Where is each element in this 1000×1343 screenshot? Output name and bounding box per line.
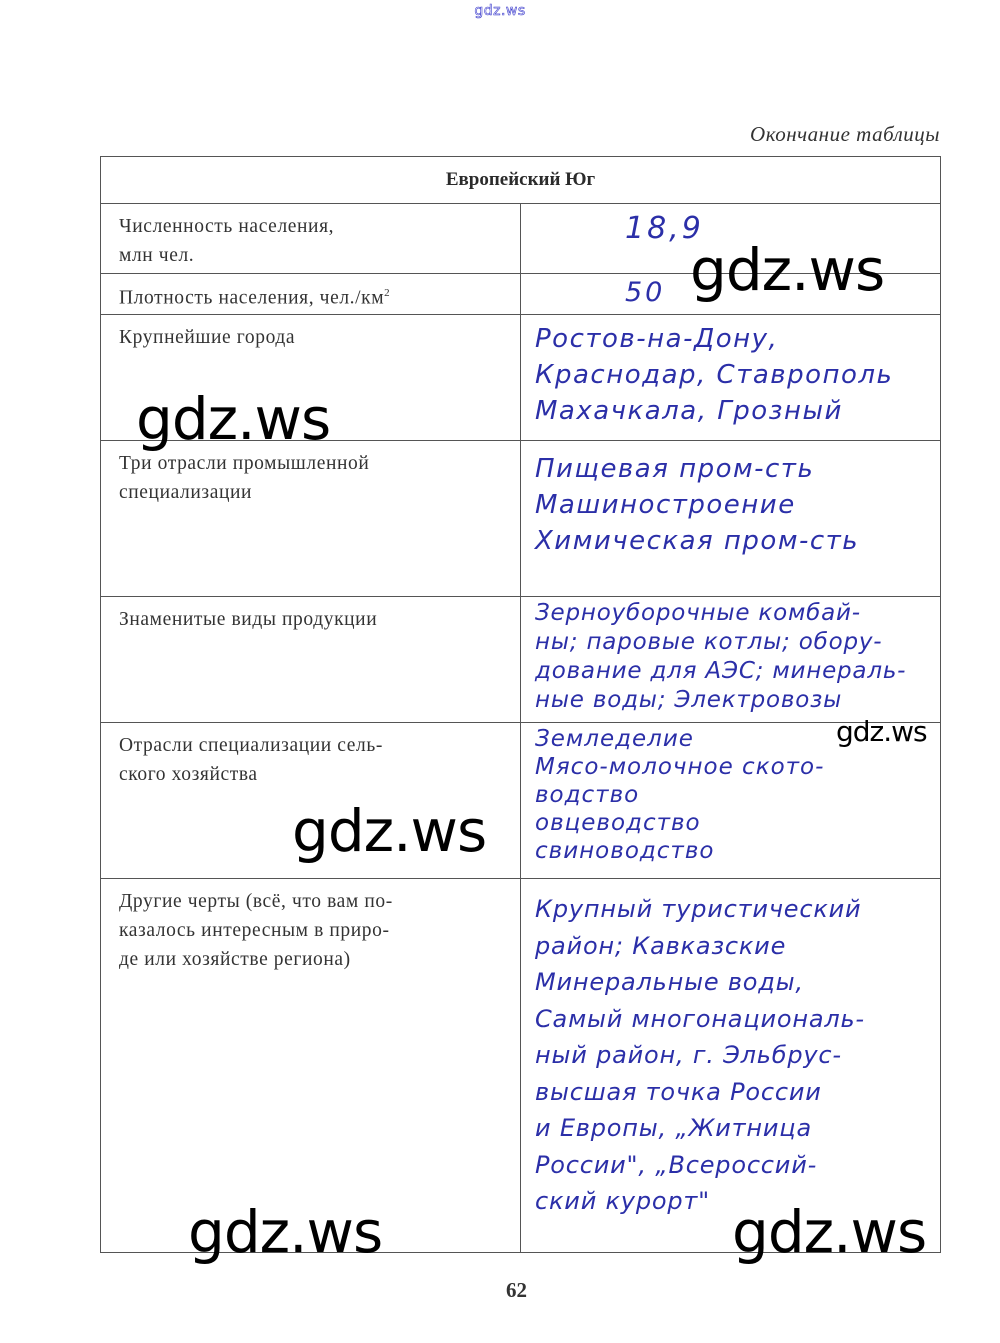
answer-industry: Пищевая пром-сть Машиностроение Химическ… (521, 441, 941, 597)
label-line: де или хозяйстве региона) (119, 945, 510, 974)
answer-other-features: Крупный туристический район; Кавказские … (521, 879, 941, 1253)
answer-line: России", „Всероссий- (535, 1147, 932, 1184)
answer-line: Самый многонациональ- (535, 1001, 932, 1038)
answer-line: Минеральные воды, (535, 964, 932, 1001)
answer-line: Мясо-молочное ското- (535, 753, 932, 781)
answer-famous-products: Зерноуборочные комбай- ны; паровые котлы… (521, 597, 941, 723)
answer-line: Махачкала, Грозный (535, 393, 932, 429)
answer-line: Химическая пром-сть (535, 523, 932, 559)
answer-line: Краснодар, Ставрополь (535, 357, 932, 393)
table-title: Европейский Юг (101, 157, 941, 204)
row-label-industry: Три отрасли промышленной специализации (101, 441, 521, 597)
watermark: gdz.ws (836, 715, 927, 748)
answer-line: Крупный туристический (535, 891, 932, 928)
answer-line: ны; паровые котлы; обору- (535, 628, 932, 657)
answer-line: и Европы, „Житница (535, 1110, 932, 1147)
label-line: Численность населения, (119, 212, 510, 241)
watermark: gdz.ws (732, 1198, 926, 1266)
page-number: 62 (0, 1278, 1000, 1303)
label-line: специализации (119, 478, 510, 507)
answer-line: водство (535, 781, 932, 809)
answer-line: район; Кавказские (535, 928, 932, 965)
answer-line: ный район, г. Эльбрус- (535, 1037, 932, 1074)
header-watermark: gdz.ws (0, 3, 1000, 19)
answer-largest-cities: Ростов-на-Дону, Краснодар, Ставрополь Ма… (521, 315, 941, 441)
answer-line: высшая точка России (535, 1074, 932, 1111)
label-line: Знаменитые виды продукции (119, 605, 510, 634)
region-table: Европейский Юг Численность населения, мл… (100, 156, 941, 1253)
watermark: gdz.ws (292, 797, 486, 865)
label-line: Три отрасли промышленной (119, 449, 510, 478)
label-superscript: 2 (384, 287, 390, 299)
table-title-row: Европейский Юг (101, 157, 941, 204)
row-label-other-features: Другие черты (всё, что вам по- казалось … (101, 879, 521, 1253)
row-label-density: Плотность населения, чел./км2 (101, 274, 521, 315)
answer-line: Ростов-на-Дону, (535, 321, 932, 357)
answer-line: дование для АЭС; минераль- (535, 657, 932, 686)
answer-line: Пищевая пром-сть (535, 451, 932, 487)
label-line: Крупнейшие города (119, 323, 510, 352)
label-line: казалось интересным в приро- (119, 916, 510, 945)
label-line: Другие черты (всё, что вам по- (119, 887, 510, 916)
row-label-population: Численность населения, млн чел. (101, 204, 521, 274)
answer-line: Зерноуборочные комбай- (535, 599, 932, 628)
label-line: млн чел. (119, 241, 510, 270)
table-continuation-caption: Окончание таблицы (750, 122, 940, 147)
label-line: Отрасли специализации сель- (119, 731, 510, 760)
table-row: Знаменитые виды продукции Зерноуборочные… (101, 597, 941, 723)
answer-line: свиноводство (535, 837, 932, 865)
row-label-famous-products: Знаменитые виды продукции (101, 597, 521, 723)
answer-line: Машиностроение (535, 487, 932, 523)
table-row: Три отрасли промышленной специализации П… (101, 441, 941, 597)
answer-line: ные воды; Электровозы (535, 686, 932, 715)
watermark: gdz.ws (188, 1198, 382, 1266)
label-line: Плотность населения, чел./км (119, 288, 384, 309)
answer-line: овцеводство (535, 809, 932, 837)
watermark: gdz.ws (690, 236, 884, 304)
table-row: Другие черты (всё, что вам по- казалось … (101, 879, 941, 1253)
label-line: ского хозяйства (119, 760, 510, 789)
watermark: gdz.ws (136, 385, 330, 453)
table-row: Отрасли специализации сель- ского хозяйс… (101, 723, 941, 879)
